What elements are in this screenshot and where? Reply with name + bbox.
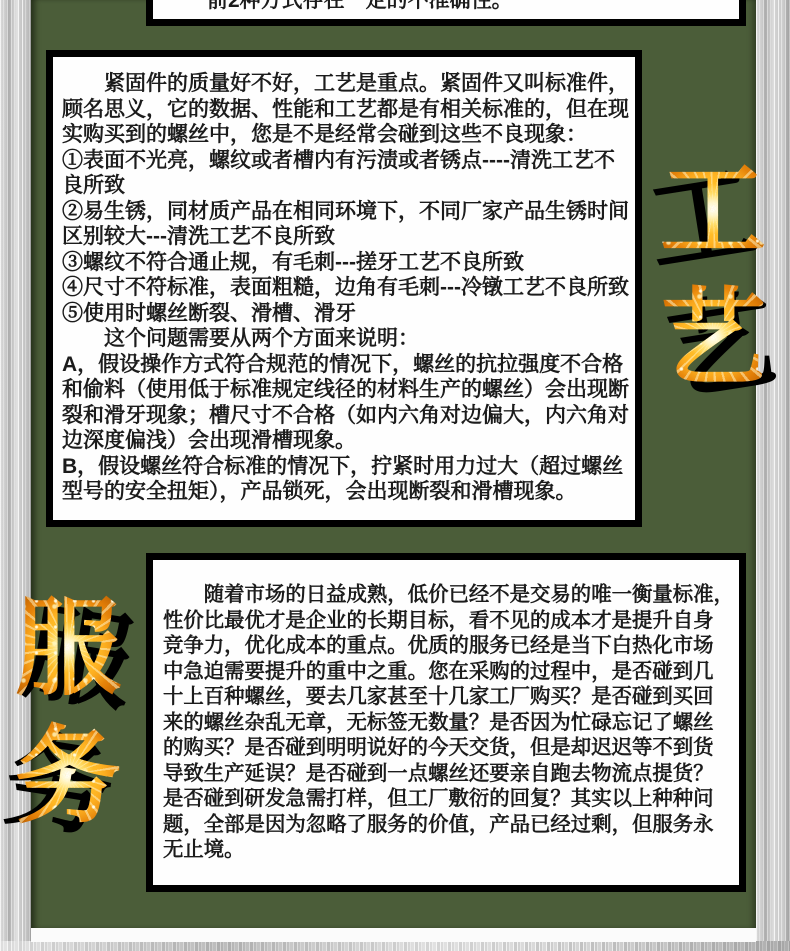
gold-char-fu: 服 — [8, 588, 128, 716]
top-textbox-text: 前2种方式存在一定的不准确性。 — [165, 0, 733, 14]
bottom-white-strip — [31, 928, 756, 942]
craft-gold-title: 工 艺 工 艺 — [653, 150, 773, 406]
right-metal-border — [756, 0, 790, 951]
service-gold-title: 服 务 服 务 — [8, 588, 128, 844]
service-textbox: 随着市场的日益成熟，低价已经不是交易的唯一衡量标准， 性价比最优才是企业的长期目… — [146, 553, 746, 892]
service-gold-title-fill: 服 务 — [8, 588, 128, 844]
bottom-metal-border — [0, 941, 790, 951]
top-textbox: 前2种方式存在一定的不准确性。 — [146, 0, 746, 26]
gold-char-gong: 工 — [653, 150, 773, 278]
service-textbox-text: 随着市场的日益成熟，低价已经不是交易的唯一衡量标准， 性价比最优才是企业的长期目… — [163, 583, 738, 864]
gold-char-wu: 务 — [8, 716, 128, 844]
craft-textbox-text: 紧固件的质量好不好，工艺是重点。紧固件又叫标准件， 顾名思义，它的数据、性能和工… — [62, 71, 630, 505]
gold-char-yi: 艺 — [653, 278, 773, 406]
craft-gold-title-fill: 工 艺 — [653, 150, 773, 406]
craft-textbox: 紧固件的质量好不好，工艺是重点。紧固件又叫标准件， 顾名思义，它的数据、性能和工… — [46, 50, 642, 527]
